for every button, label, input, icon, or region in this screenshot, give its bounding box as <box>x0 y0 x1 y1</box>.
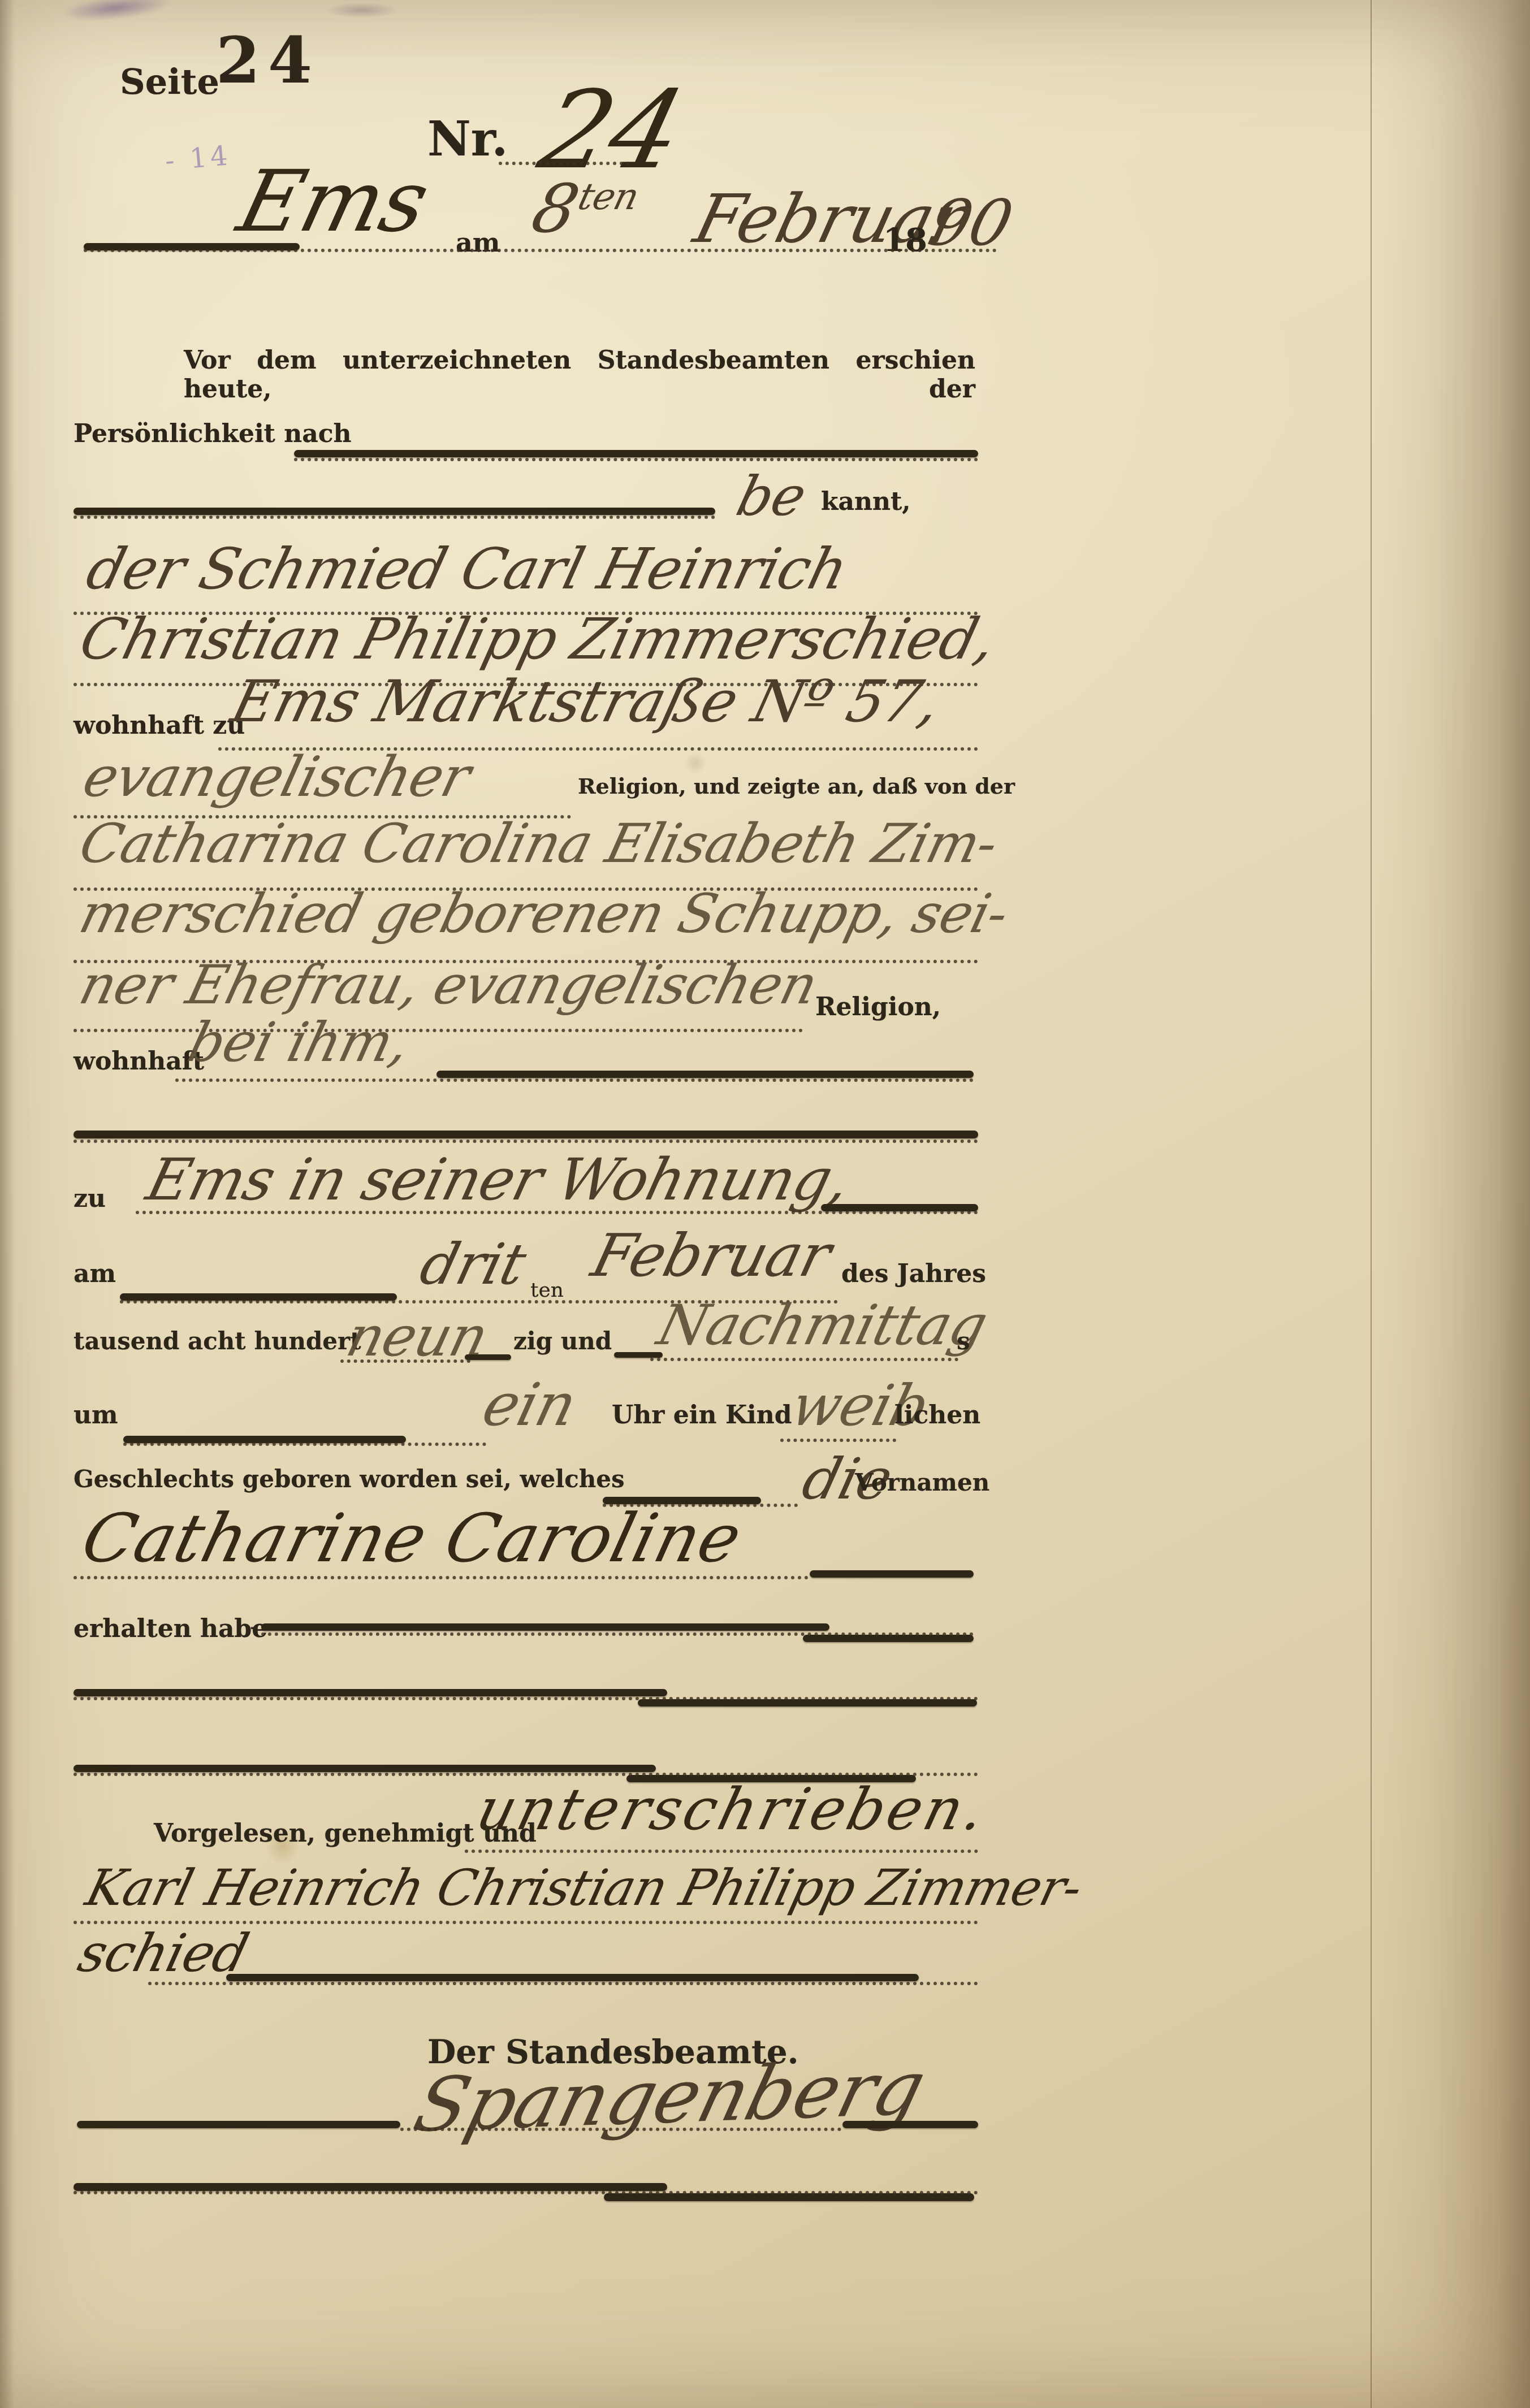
ink-stroke <box>74 508 715 515</box>
place-name: Ems <box>229 153 438 251</box>
declarant-line-1: der Schmied Carl Heinrich <box>80 536 854 602</box>
ink-stroke <box>74 1765 656 1772</box>
mother-line-2: merschied geborenen Schupp, sei- <box>74 883 1014 945</box>
ruled-line <box>340 1359 470 1363</box>
ruled-line <box>261 1632 974 1636</box>
ruled-line <box>294 458 978 461</box>
birth-place: Ems in seiner Wohnung, <box>140 1146 857 1214</box>
ruled-line <box>650 1358 958 1361</box>
date-year-printed: 18 <box>883 222 927 259</box>
paper-stain <box>684 752 707 774</box>
intro-line: Vor dem unterzeichneten Standesbeamten e… <box>184 346 975 404</box>
tausend-label: tausend acht hundert <box>74 1327 361 1355</box>
hour-handwritten: ein <box>476 1370 583 1439</box>
religion-printed: Religion, <box>815 993 941 1021</box>
ink-stroke <box>465 1354 511 1360</box>
ruled-line <box>74 1576 809 1579</box>
mother-residence: bei ihm, <box>182 1011 416 1074</box>
declarant-line-2: Christian Philipp Zimmerschied, <box>74 606 1002 672</box>
zig-und-label: zig und <box>513 1327 612 1355</box>
day-suffix-printed: ten <box>530 1279 564 1302</box>
ruled-line <box>123 1443 486 1446</box>
ruled-line <box>74 1140 978 1143</box>
daytime-handwritten: Nachmittag <box>651 1293 993 1358</box>
ruled-line <box>499 162 630 165</box>
ruled-line <box>84 249 997 252</box>
ruled-line <box>74 1697 978 1700</box>
ruled-line <box>780 1439 896 1442</box>
bekannt-prefix-handwritten: be <box>731 465 812 528</box>
uhr-ein-kind-label: Uhr ein Kind <box>612 1401 792 1430</box>
am-birth-label: am <box>74 1259 116 1288</box>
ink-stroke <box>226 1974 919 1981</box>
declarant-signature-line-1: Karl Heinrich Christian Philipp Zimmer- <box>80 1859 1088 1917</box>
ruled-line <box>136 1211 978 1214</box>
mother-line-1: Catharina Carolina Elisabeth Zim- <box>74 813 1004 875</box>
date-day: 8ten <box>525 170 645 248</box>
geschlechts-label: Geschlechts geboren worden sei, welches <box>74 1465 625 1493</box>
bekannt-printed: kannt, <box>821 487 911 516</box>
daytime-suffix-printed: s <box>957 1327 970 1355</box>
pencil-stamp-number: - 14 <box>164 140 232 177</box>
zu-label: zu <box>74 1184 106 1213</box>
ruled-line <box>400 2128 841 2131</box>
declarant-residence: Ems Marktstraße Nº 57, <box>225 668 946 735</box>
erhalten-habe-label: erhalten habe <box>74 1614 267 1643</box>
ruled-line <box>148 1982 978 1985</box>
official-signature: Spangenberg <box>406 2045 933 2149</box>
sex-suffix-printed: lichen <box>894 1401 980 1430</box>
ink-stroke <box>810 1570 974 1578</box>
ink-stroke <box>74 1131 978 1138</box>
ink-stroke <box>74 2183 667 2191</box>
ink-stroke <box>74 1689 667 1696</box>
am-label: am <box>456 227 500 258</box>
entry-number-label: Nr. <box>427 111 508 167</box>
page-number: 24 <box>216 24 320 98</box>
persoenlichkeit-label: Persönlichkeit nach <box>74 419 352 448</box>
vornamen-label: Vornamen <box>855 1469 989 1496</box>
ink-stroke <box>77 2121 400 2128</box>
ink-stroke <box>261 1623 829 1631</box>
page-word: Seite <box>120 61 219 102</box>
ruled-line <box>465 1850 978 1853</box>
child-name: Catharine Caroline <box>75 1499 750 1577</box>
declarant-religion-handwritten: evangelischer <box>77 745 477 809</box>
ink-smudge-top-2 <box>328 3 396 18</box>
date-day-suffix: ten <box>574 176 643 218</box>
ruled-line <box>175 1079 974 1082</box>
page-left-edge-shadow <box>0 0 15 2408</box>
birth-day-handwritten: drit <box>414 1231 532 1297</box>
ink-stroke <box>294 450 978 457</box>
ruled-line <box>74 2191 978 2194</box>
des-jahres-label: des Jahres <box>841 1259 986 1288</box>
birth-month-handwritten: Februar <box>585 1221 837 1290</box>
ruled-line <box>74 1029 803 1032</box>
ruled-line <box>74 516 715 519</box>
ink-smudge-top <box>61 0 170 25</box>
wohnhaft-zu-label: wohnhaft zu <box>74 711 245 740</box>
um-label: um <box>74 1401 118 1430</box>
page-right-edge-shadow <box>1371 0 1530 2408</box>
birth-register-page: Seite 24 - 14 Nr. 24 Ems am 8ten Februar… <box>0 0 1530 2408</box>
ink-stroke <box>436 1071 974 1078</box>
dash-mark: - <box>250 1612 258 1641</box>
mother-line-3: ner Ehefrau, evangelischen <box>74 954 823 1016</box>
unterschrieben-handwritten: unterschrieben. <box>470 1776 995 1843</box>
ink-stroke <box>842 2121 978 2128</box>
ink-stroke <box>604 2193 974 2201</box>
religion-zeigte-an-printed: Religion, und zeigte an, daß von der <box>578 773 1015 799</box>
